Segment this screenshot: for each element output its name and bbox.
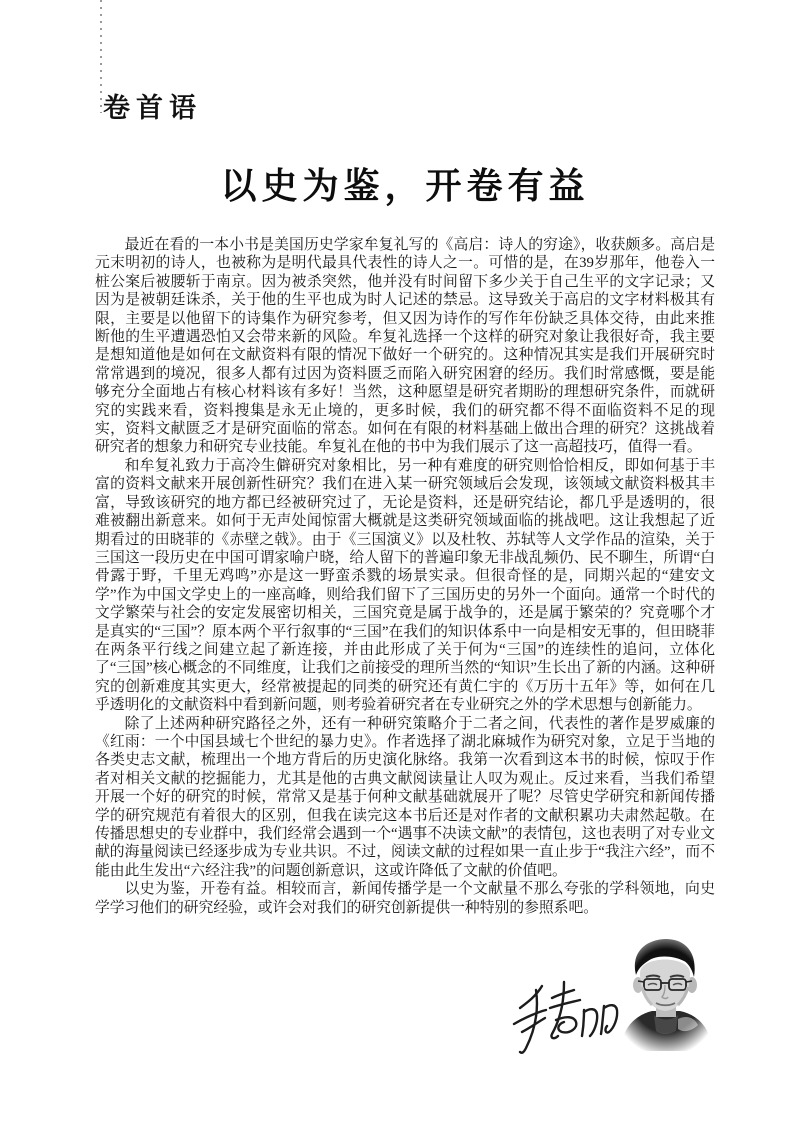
paragraph-2: 和牟复礼致力于高冷生僻研究对象相比，另一种有难度的研究则恰恰相反，即如何基于丰富… <box>95 457 715 715</box>
paragraph-3: 除了上述两种研究路径之外，还有一种研究策略介于二者之间，代表性的著作是罗威廉的《… <box>95 715 715 881</box>
author-photo <box>618 935 714 1051</box>
author-signature <box>512 972 627 1058</box>
paragraph-4: 以史为鉴，开卷有益。相较而言，新闻传播学是一个文献量不那么夸张的学科领地，向史学… <box>95 880 715 917</box>
dotted-divider <box>100 0 102 113</box>
paragraph-1: 最近在看的一本小书是美国历史学家牟复礼写的《高启：诗人的穷途》，收获颇多。高启是… <box>95 236 715 457</box>
signature-strokes <box>512 972 627 1058</box>
section-label: 卷首语 <box>103 86 202 125</box>
page-title: 以史为鉴，开卷有益 <box>95 158 715 209</box>
portrait-drawing <box>618 935 714 1051</box>
article-body: 最近在看的一本小书是美国历史学家牟复礼写的《高启：诗人的穷途》，收获颇多。高启是… <box>95 236 715 917</box>
magazine-foreword-page: 卷首语 以史为鉴，开卷有益 最近在看的一本小书是美国历史学家牟复礼写的《高启：诗… <box>0 0 799 1124</box>
